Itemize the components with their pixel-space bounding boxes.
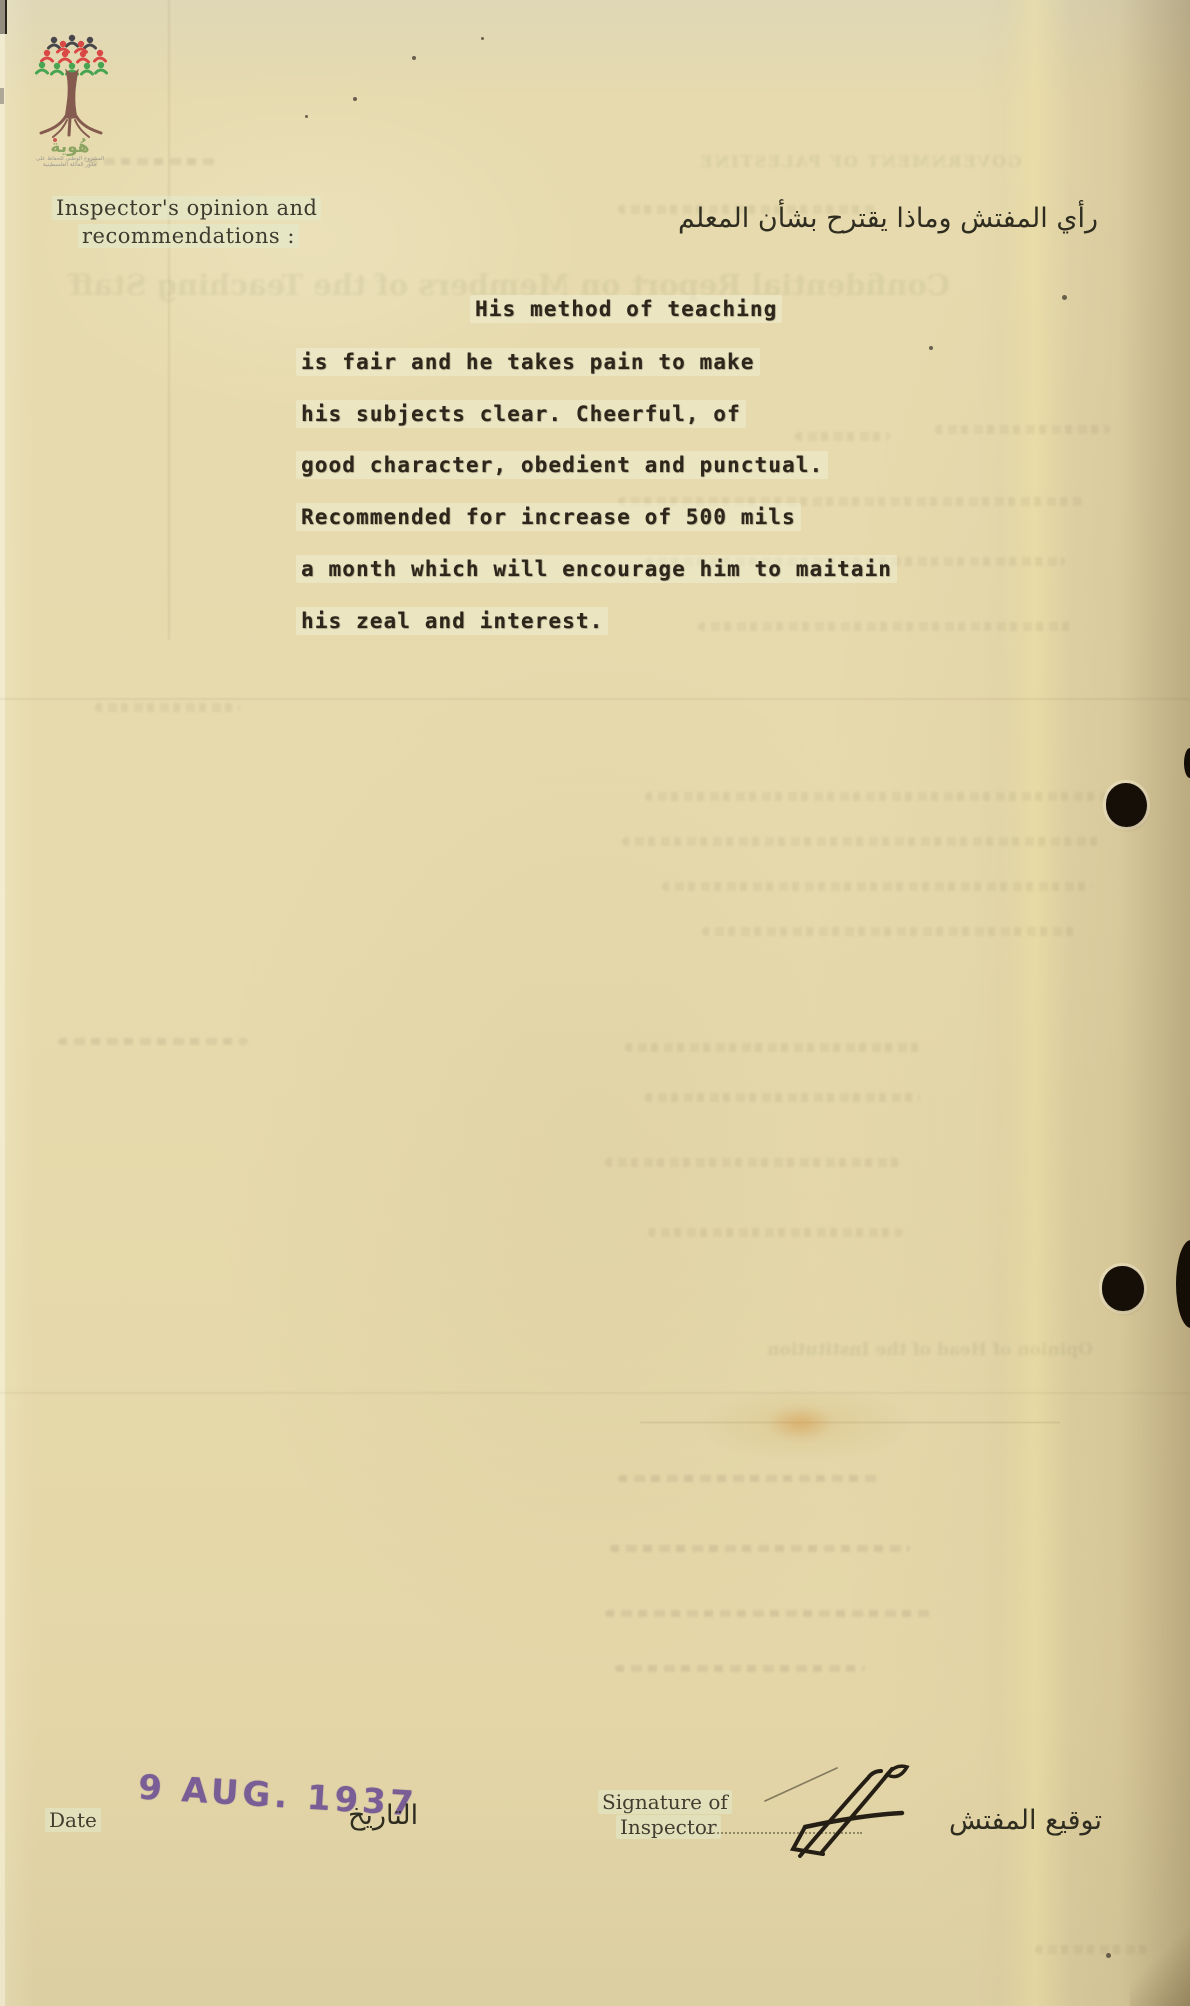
inspector-opinion-label-line2: recommendations :: [78, 224, 299, 248]
binding-shadow: [1184, 748, 1190, 778]
bleed-through-mark: [95, 703, 240, 712]
signature-label-arabic: توقيع المفتش: [949, 1805, 1102, 1836]
pencil-ghost-mark: [610, 1545, 910, 1552]
bleed-through-mark: [645, 792, 1110, 801]
ink-speck: [305, 115, 308, 118]
crease-vertical: [168, 0, 170, 640]
bleed-through-mark: [698, 622, 1073, 631]
inspector-signature: [745, 1735, 920, 1865]
ink-speck: [929, 346, 933, 350]
bleed-through-mark: [625, 1043, 920, 1052]
bleedthrough-footer-label: Opinion of Head of the Institution: [760, 1340, 1100, 1360]
ink-speck: [412, 56, 416, 60]
date-label-arabic: التاريخ: [348, 1800, 418, 1831]
pencil-ghost-mark: [615, 1665, 865, 1672]
fold-crease: [0, 698, 1190, 700]
inspector-opinion-label: Inspector's opinion and recommendations …: [52, 196, 321, 248]
archive-logo: هُوية المشروع الوطني للحفاظ على جذور الع…: [20, 28, 120, 168]
ink-speck: [481, 37, 484, 40]
pencil-ghost-mark: [58, 1038, 248, 1045]
typed-line: a month which will encourage him to mait…: [296, 557, 897, 581]
bleed-through-mark: [662, 882, 1092, 891]
bleed-through-mark: [648, 1228, 903, 1237]
bleed-through-mark: [622, 837, 1102, 846]
bleed-through-mark: [645, 1093, 920, 1102]
typed-line: is fair and he takes pain to make: [296, 350, 760, 374]
bleed-through-mark: [795, 432, 890, 441]
ink-speck: [1062, 295, 1067, 300]
bleedthrough-government-line: GOVERNMENT OF PALESTINE: [665, 152, 1055, 171]
date-label: Date: [45, 1808, 101, 1833]
typed-line: His method of teaching: [470, 297, 782, 321]
light-streak: [1000, 0, 1070, 2006]
bleed-through-mark: [702, 927, 1077, 936]
typed-line: his subjects clear. Cheerful, of: [296, 402, 746, 426]
inspector-opinion-label-arabic: رأي المفتش وماذا يقترح بشأن المعلم: [678, 203, 1098, 234]
document-page: هُوية المشروع الوطني للحفاظ على جذور الع…: [0, 0, 1190, 2006]
tree-canopy-people: [37, 35, 107, 74]
ink-speck: [353, 97, 357, 101]
punch-hole: [1106, 783, 1147, 827]
typed-line: Recommended for increase of 500 mils: [296, 505, 801, 529]
bleed-through-mark: [935, 425, 1110, 434]
typed-line: his zeal and interest.: [296, 609, 608, 633]
fold-crease: [0, 1392, 1190, 1394]
logo-wordmark: هُوية: [50, 137, 89, 157]
pencil-ghost-mark: [618, 1475, 878, 1482]
scan-left-light-strip: [0, 0, 5, 2006]
inspector-opinion-label-line1: Inspector's opinion and: [52, 196, 321, 220]
page-corner-shadow: [1130, 1916, 1190, 2006]
binding-shadow: [1176, 1240, 1190, 1328]
stain: [752, 1398, 848, 1448]
tree-trunk: [41, 70, 101, 137]
bleed-through-mark: [605, 1158, 900, 1167]
punch-hole: [1102, 1266, 1144, 1311]
pencil-ghost-mark: [605, 1610, 935, 1617]
typed-line: good character, obedient and punctual.: [296, 453, 828, 477]
pencil-ghost-mark: [88, 158, 218, 165]
